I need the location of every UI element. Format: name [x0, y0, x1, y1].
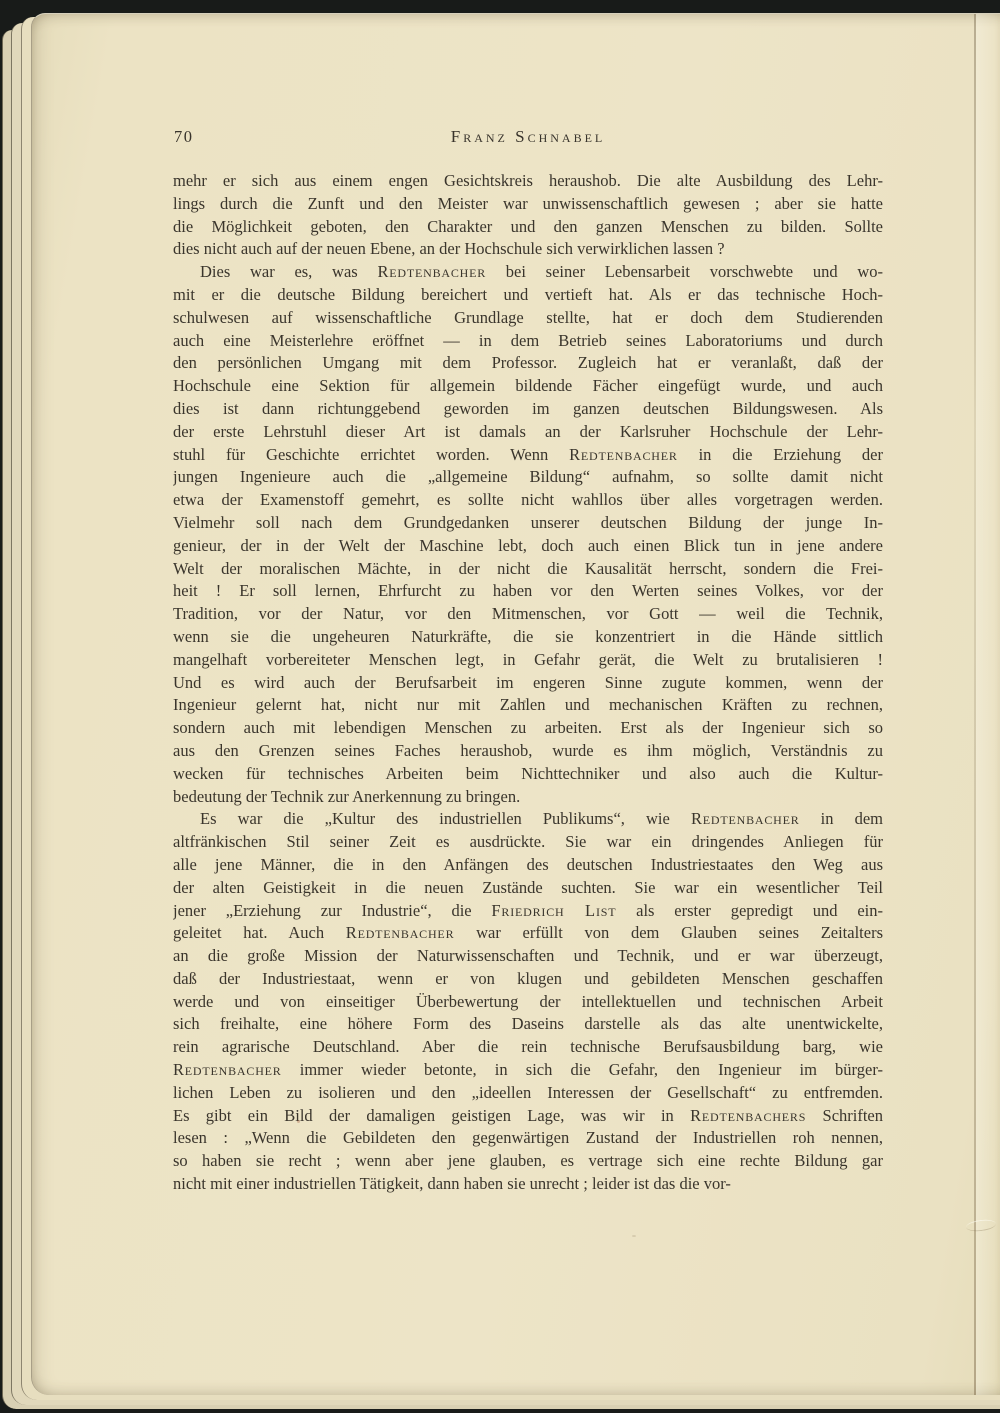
text-line: die Möglichkeit geboten, den Charakter u… — [173, 216, 883, 239]
text-line: an die große Mission der Naturwissenscha… — [173, 945, 883, 968]
text-line: Tradition, vor der Natur, vor den Mitmen… — [173, 603, 883, 626]
text-line: mangelhaft vorbereiteter Menschen legt, … — [173, 649, 883, 672]
text-line: Es gibt ein Bild der damaligen geistigen… — [173, 1105, 883, 1128]
paragraph: mehr er sich aus einem engen Gesichtskre… — [173, 170, 883, 261]
text-line: Es war die „Kultur des industriellen Pub… — [173, 808, 883, 831]
scanner-background: { "page": { "number": "70", "running_hea… — [0, 0, 1000, 1413]
text-line: jener „Erziehung zur Industrie“, die Fri… — [173, 900, 883, 923]
text-line: schulwesen auf wissenschaftliche Grundla… — [173, 307, 883, 330]
paper-speck — [523, 700, 526, 703]
text-line: altfränkischen Stil seiner Zeit es ausdr… — [173, 831, 883, 854]
text-line: Dies war es, was Redtenbacher bei seiner… — [173, 261, 883, 284]
book-page: 70 Franz Schnabel mehr er sich aus einem… — [31, 13, 1000, 1395]
text-line: der erste Lehrstuhl dieser Art ist damal… — [173, 421, 883, 444]
text-line: wecken für technisches Arbeiten beim Nic… — [173, 763, 883, 786]
paper-speck — [632, 1235, 636, 1237]
text-block: mehr er sich aus einem engen Gesichtskre… — [173, 170, 883, 1196]
text-line: der alten Geistigkeit in die neuen Zustä… — [173, 877, 883, 900]
text-line: aus den Grenzen seines Faches heraushob,… — [173, 740, 883, 763]
text-line: Und es wird auch der Berufsarbeit im eng… — [173, 672, 883, 695]
text-line: heit ! Er soll lernen, Ehrfurcht zu habe… — [173, 580, 883, 603]
binding-crease — [974, 14, 976, 1395]
text-line: sich freihalte, eine höhere Form des Das… — [173, 1013, 883, 1036]
running-head: Franz Schnabel — [173, 127, 883, 147]
text-line: stuhl für Geschichte errichtet worden. W… — [173, 444, 883, 467]
text-line: den persönlichen Umgang mit dem Professo… — [173, 352, 883, 375]
text-line: Welt der moralischen Mächte, in der nich… — [173, 558, 883, 581]
text-line: lings durch die Zunft und den Meister wa… — [173, 193, 883, 216]
text-line: wenn sie die ungeheuren Naturkräfte, die… — [173, 626, 883, 649]
text-line: bedeutung der Technik zur Anerkennung zu… — [173, 786, 883, 809]
paragraph: Es war die „Kultur des industriellen Pub… — [173, 808, 883, 1196]
page-header: 70 Franz Schnabel — [173, 127, 883, 149]
text-line: daß der Industriestaat, wenn er von klug… — [173, 968, 883, 991]
text-line: alle jene Männer, die in den Anfängen de… — [173, 854, 883, 877]
text-line: lichen Leben zu isolieren und den „ideel… — [173, 1082, 883, 1105]
paragraph: Dies war es, was Redtenbacher bei seiner… — [173, 261, 883, 808]
text-line: mehr er sich aus einem engen Gesichtskre… — [173, 170, 883, 193]
text-line: so haben sie recht ; wenn aber jene glau… — [173, 1150, 883, 1173]
text-line: geleitet hat. Auch Redtenbacher war erfü… — [173, 922, 883, 945]
text-line: jungen Ingenieure auch die „allgemeine B… — [173, 466, 883, 489]
text-line: rein agrarische Deutschland. Aber die re… — [173, 1036, 883, 1059]
text-line: genieur, der in der Welt der Maschine le… — [173, 535, 883, 558]
text-line: Vielmehr soll nach dem Grundgedanken uns… — [173, 512, 883, 535]
crease-highlight — [976, 14, 1000, 1395]
text-line: dies ist dann richtunggebend geworden im… — [173, 398, 883, 421]
text-line: sondern auch mit lebendigen Menschen zu … — [173, 717, 883, 740]
text-line: etwa der Examenstoff gemehrt, es sollte … — [173, 489, 883, 512]
text-line: dies nicht auch auf der neuen Ebene, an … — [173, 238, 883, 261]
text-line: Redtenbacher immer wieder betonte, in si… — [173, 1059, 883, 1082]
text-line: mit er die deutsche Bildung bereichert u… — [173, 284, 883, 307]
text-line: Hochschule eine Sektion für allgemein bi… — [173, 375, 883, 398]
text-line: nicht mit einer industriellen Tätigkeit,… — [173, 1173, 883, 1196]
text-line: Ingenieur gelernt hat, nicht nur mit Zah… — [173, 694, 883, 717]
text-line: lesen : „Wenn die Gebildeten den gegenwä… — [173, 1127, 883, 1150]
text-line: werde und von einseitiger Überbewertung … — [173, 991, 883, 1014]
page-fold-mark — [965, 1218, 996, 1233]
text-line: auch eine Meisterlehre eröffnet — in dem… — [173, 330, 883, 353]
paper-speck — [297, 1120, 300, 1123]
